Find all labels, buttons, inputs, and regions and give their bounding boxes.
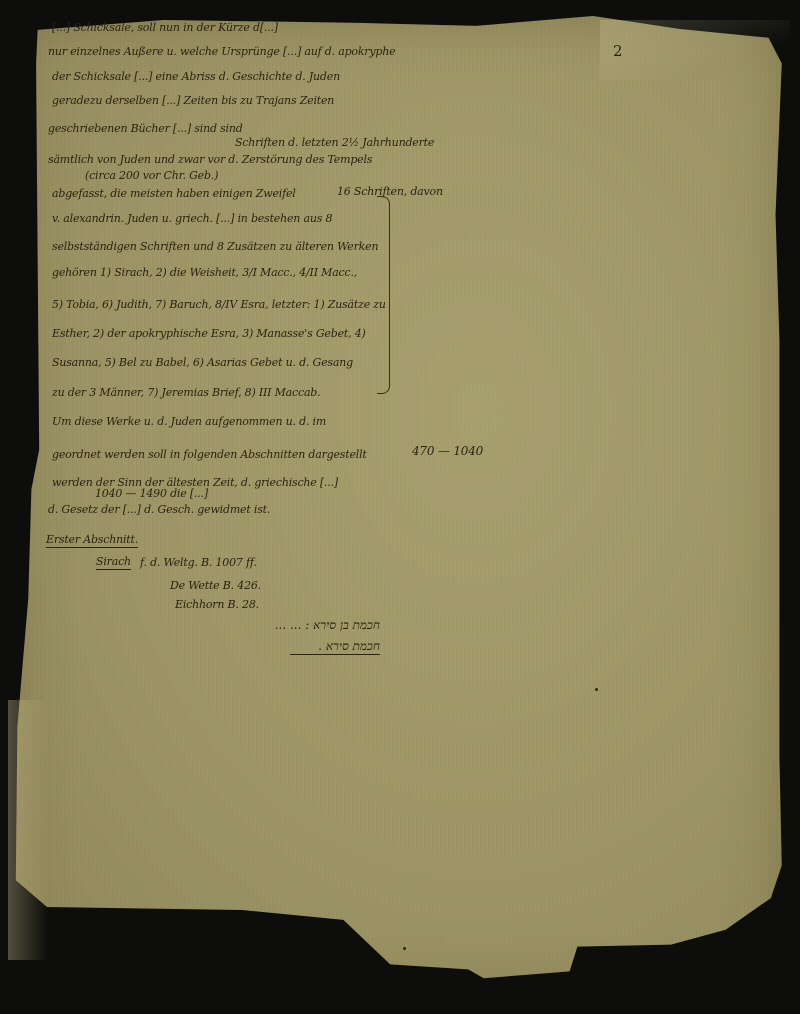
page-number: 2 (613, 42, 623, 60)
handwritten-line: 5) Tobia, 6) Judith, 7) Baruch, 8/IV Esr… (52, 298, 386, 311)
handwritten-line: 16 Schriften, davon (337, 185, 443, 198)
handwritten-line: der Schicksale [...] eine Abriss d. Gesc… (52, 70, 340, 83)
handwritten-line: sämtlich von Juden und zwar vor d. Zerst… (48, 153, 372, 166)
handwritten-line: Um diese Werke u. d. Juden aufgenommen u… (52, 415, 326, 428)
handwritten-line: v. alexandrin. Juden u. griech. [...] in… (52, 212, 332, 225)
handwritten-line: gehören 1) Sirach, 2) die Weisheit, 3/I … (52, 266, 357, 279)
handwritten-line: 1040 — 1490 die [...] (95, 487, 208, 500)
handwritten-line: Susanna, 5) Bel zu Babel, 6) Asarias Geb… (52, 356, 353, 369)
reference-line: De Wette B. 426. (170, 579, 261, 592)
handwritten-line: geordnet werden soll in folgenden Abschn… (52, 448, 367, 461)
reference-label: Sirach (96, 555, 131, 570)
handwritten-line: selbstständigen Schriften und 8 Zusätzen… (52, 240, 378, 253)
reference-line: Eichhorn B. 28. (175, 598, 259, 611)
handwritten-line: nur einzelnes Außere u. welche Ursprünge… (48, 45, 395, 58)
hebrew-note-line: חכמת בן סירא : ... ... (160, 618, 380, 633)
handwritten-line: geschriebenen Bücher [...] sind sind (48, 122, 243, 135)
handwritten-line: abgefasst, die meisten haben einigen Zwe… (52, 187, 296, 200)
handwritten-line: Erster Abschnitt. (46, 533, 138, 548)
margin-bracket (377, 196, 390, 394)
handwritten-line: zu der 3 Männer, 7) Jeremias Brief, 8) I… (52, 386, 320, 399)
handwritten-line: (circa 200 vor Chr. Geb.) (85, 169, 218, 182)
ink-speck (403, 947, 406, 950)
handwritten-line: Esther, 2) der apokryphische Esra, 3) Ma… (52, 327, 366, 340)
margin-note-date-range: 470 — 1040 (412, 444, 483, 458)
hebrew-note-line: חכמת סירא . (290, 639, 380, 655)
handwritten-line: Schriften d. letzten 2½ Jahrhunderte (235, 136, 434, 149)
ink-speck (595, 688, 598, 691)
handwritten-line: d. Gesetz der [...] d. Gesch. gewidmet i… (48, 503, 270, 516)
handwritten-line: geradezu derselben [...] Zeiten bis zu T… (52, 94, 334, 107)
handwritten-line: [...] Schicksale, soll nun in der Kürze … (52, 21, 278, 34)
reference-line: f. d. Weltg. B. 1007 ff. (140, 556, 257, 569)
